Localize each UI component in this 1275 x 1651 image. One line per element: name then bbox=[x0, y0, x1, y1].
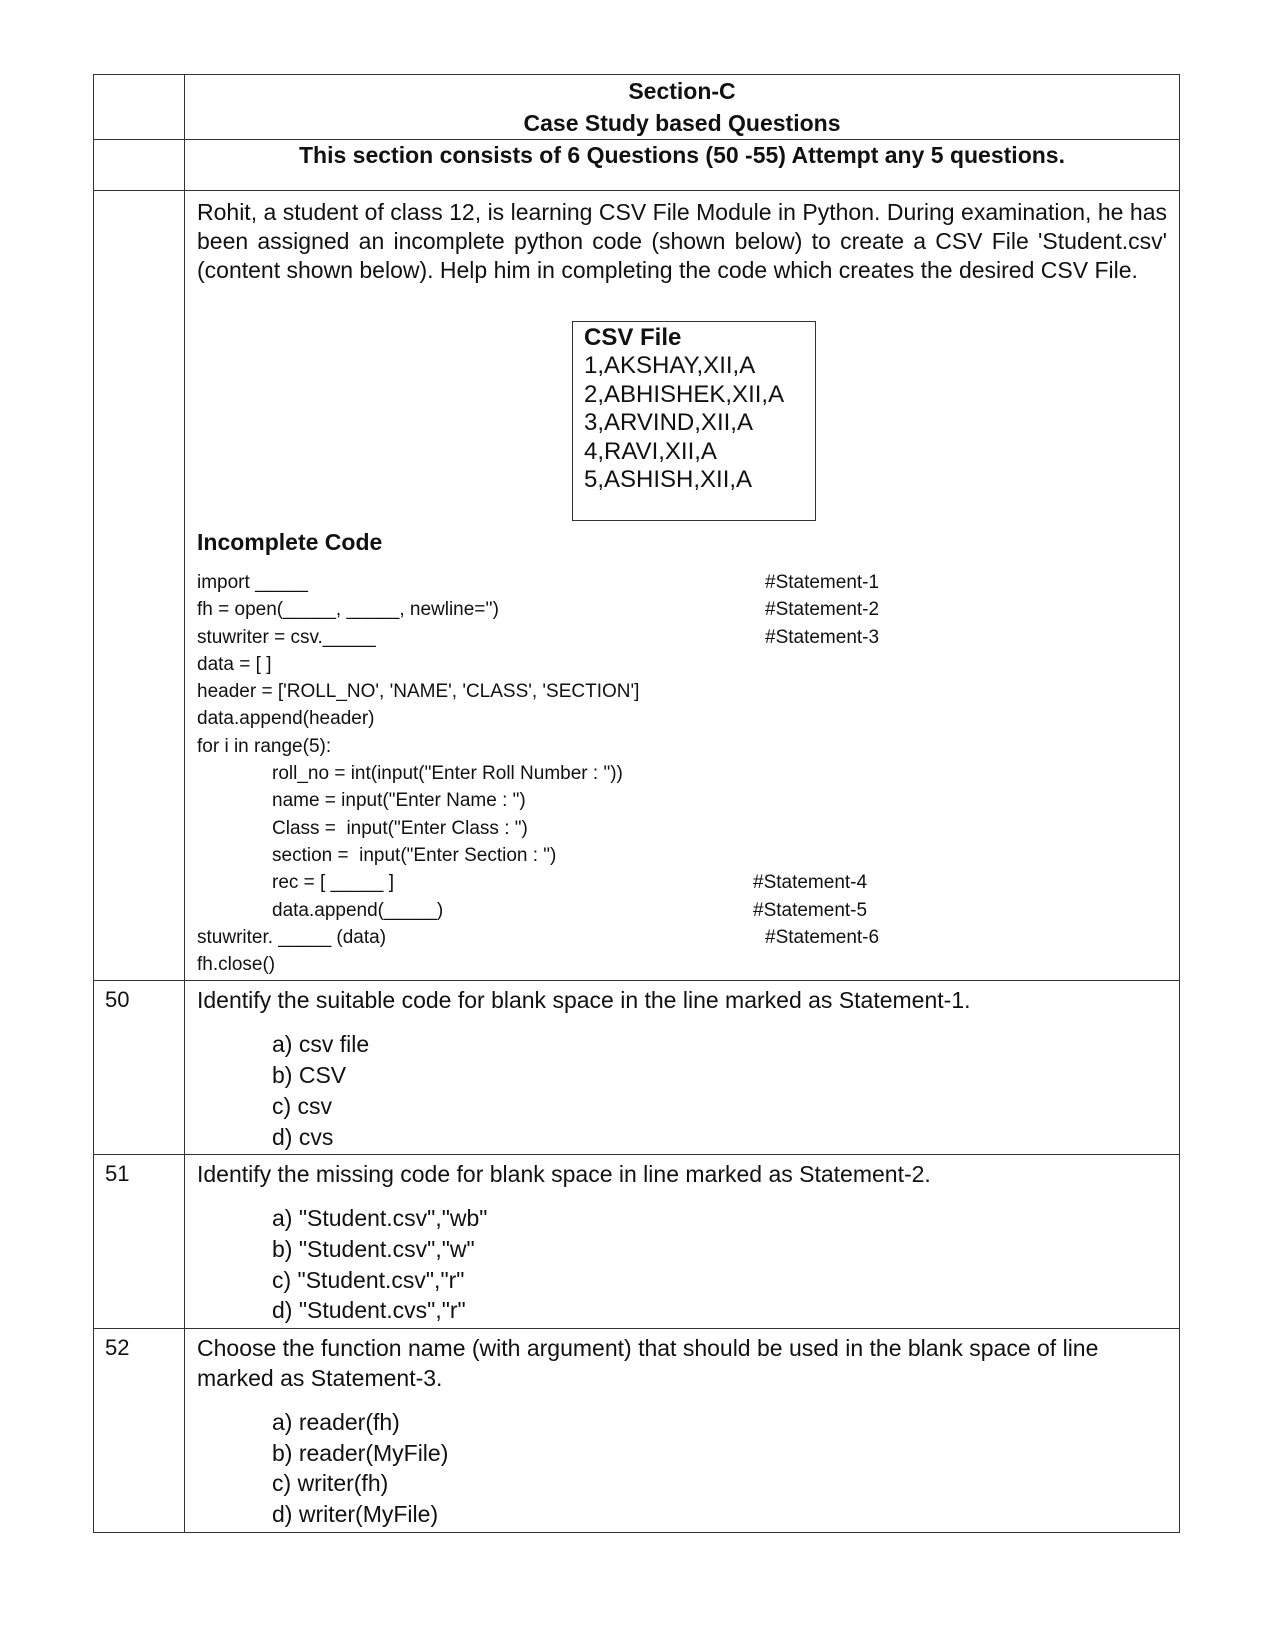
instruction-row: This section consists of 6 Questions (50… bbox=[94, 140, 1180, 191]
option-a: a) reader(fh) bbox=[272, 1407, 1167, 1438]
csv-row: 4,RAVI,XII,A bbox=[584, 438, 815, 467]
section-header-row: Section-C Case Study based Questions bbox=[94, 75, 1180, 140]
question-row: 51Identify the missing code for blank sp… bbox=[94, 1155, 1180, 1329]
question-body: Identify the missing code for blank spac… bbox=[185, 1155, 1180, 1329]
option-c: c) writer(fh) bbox=[272, 1468, 1167, 1499]
code-text: name = input("Enter Name : ") bbox=[272, 790, 526, 811]
code-heading: Incomplete Code bbox=[197, 527, 1167, 557]
question-number: 51 bbox=[94, 1155, 185, 1329]
option-b: b) reader(MyFile) bbox=[272, 1438, 1167, 1469]
question-number: 50 bbox=[94, 981, 185, 1155]
option-b: b) CSV bbox=[272, 1060, 1167, 1091]
section-subtitle: Case Study based Questions bbox=[197, 107, 1167, 139]
option-c: c) "Student.csv","r" bbox=[272, 1265, 1167, 1296]
option-d: d) writer(MyFile) bbox=[272, 1499, 1167, 1530]
statement-comment: #Statement-5 bbox=[753, 897, 867, 924]
case-study-paragraph: Rohit, a student of class 12, is learnin… bbox=[197, 191, 1167, 285]
question-row: 50Identify the suitable code for blank s… bbox=[94, 981, 1180, 1155]
empty-number-cell bbox=[94, 191, 185, 981]
code-line: for i in range(5): bbox=[197, 733, 1167, 760]
section-instruction: This section consists of 6 Questions (50… bbox=[197, 140, 1167, 190]
code-line: import _____#Statement-1 bbox=[197, 569, 1167, 596]
section-header-cell: Section-C Case Study based Questions bbox=[185, 75, 1180, 140]
question-text: Identify the suitable code for blank spa… bbox=[197, 981, 1167, 1015]
code-text: for i in range(5): bbox=[197, 736, 331, 757]
option-c: c) csv bbox=[272, 1091, 1167, 1122]
code-line: stuwriter = csv._____#Statement-3 bbox=[197, 624, 1167, 651]
option-d: d) "Student.cvs","r" bbox=[272, 1295, 1167, 1326]
question-table: Section-C Case Study based Questions Thi… bbox=[93, 74, 1180, 1533]
option-a: a) "Student.csv","wb" bbox=[272, 1203, 1167, 1234]
code-line: fh = open(_____, _____, newline='')#Stat… bbox=[197, 596, 1167, 623]
code-line: name = input("Enter Name : ") bbox=[197, 787, 1167, 814]
csv-row: 3,ARVIND,XII,A bbox=[584, 409, 815, 438]
statement-comment: #Statement-4 bbox=[753, 869, 867, 896]
options-list: a) reader(fh)b) reader(MyFile)c) writer(… bbox=[197, 1393, 1167, 1532]
code-text: header = ['ROLL_NO', 'NAME', 'CLASS', 'S… bbox=[197, 681, 639, 702]
empty-number-cell bbox=[94, 75, 185, 140]
code-line: Class = input("Enter Class : ") bbox=[197, 815, 1167, 842]
csv-row: 1,AKSHAY,XII,A bbox=[584, 352, 815, 381]
options-list: a) "Student.csv","wb"b) "Student.csv","w… bbox=[197, 1189, 1167, 1328]
code-text: rec = [ _____ ] bbox=[272, 872, 394, 893]
question-body: Choose the function name (with argument)… bbox=[185, 1329, 1180, 1533]
question-body: Identify the suitable code for blank spa… bbox=[185, 981, 1180, 1155]
code-line: data = [ ] bbox=[197, 651, 1167, 678]
exam-page: Section-C Case Study based Questions Thi… bbox=[0, 0, 1275, 1651]
csv-box-title: CSV File bbox=[584, 322, 815, 352]
option-d: d) cvs bbox=[272, 1122, 1167, 1153]
code-text: data.append(header) bbox=[197, 708, 374, 729]
case-study-cell: Rohit, a student of class 12, is learnin… bbox=[185, 191, 1180, 981]
code-text: import _____ bbox=[197, 572, 308, 593]
statement-comment: #Statement-2 bbox=[765, 596, 879, 623]
code-text: data = [ ] bbox=[197, 654, 271, 675]
code-text: stuwriter. _____ (data) bbox=[197, 927, 386, 948]
code-text: section = input("Enter Section : ") bbox=[272, 845, 556, 866]
code-text: fh.close() bbox=[197, 954, 275, 975]
empty-number-cell bbox=[94, 140, 185, 191]
code-block: import _____#Statement-1fh = open(_____,… bbox=[197, 569, 1167, 980]
code-text: Class = input("Enter Class : ") bbox=[272, 818, 528, 839]
csv-rows: 1,AKSHAY,XII,A2,ABHISHEK,XII,A3,ARVIND,X… bbox=[584, 352, 815, 495]
statement-comment: #Statement-1 bbox=[765, 569, 879, 596]
code-line: stuwriter. _____ (data)#Statement-6 bbox=[197, 924, 1167, 951]
options-list: a) csv fileb) CSVc) csvd) cvs bbox=[197, 1015, 1167, 1154]
code-text: data.append(_____) bbox=[272, 900, 443, 921]
question-number: 52 bbox=[94, 1329, 185, 1533]
code-text: stuwriter = csv._____ bbox=[197, 627, 376, 648]
option-b: b) "Student.csv","w" bbox=[272, 1234, 1167, 1265]
code-text: fh = open(_____, _____, newline='') bbox=[197, 599, 499, 620]
code-line: section = input("Enter Section : ") bbox=[197, 842, 1167, 869]
section-title: Section-C bbox=[197, 75, 1167, 107]
instruction-cell: This section consists of 6 Questions (50… bbox=[185, 140, 1180, 191]
csv-row: 5,ASHISH,XII,A bbox=[584, 466, 815, 495]
option-a: a) csv file bbox=[272, 1029, 1167, 1060]
code-line: data.append(header) bbox=[197, 705, 1167, 732]
questions-list: 50Identify the suitable code for blank s… bbox=[94, 981, 1180, 1532]
code-text: roll_no = int(input("Enter Roll Number :… bbox=[272, 763, 623, 784]
code-line: rec = [ _____ ]#Statement-4 bbox=[197, 869, 1167, 896]
question-text: Identify the missing code for blank spac… bbox=[197, 1155, 1167, 1189]
code-line: header = ['ROLL_NO', 'NAME', 'CLASS', 'S… bbox=[197, 678, 1167, 705]
question-text: Choose the function name (with argument)… bbox=[197, 1329, 1167, 1393]
case-study-row: Rohit, a student of class 12, is learnin… bbox=[94, 191, 1180, 981]
code-line: data.append(_____)#Statement-5 bbox=[197, 897, 1167, 924]
csv-file-box: CSV File 1,AKSHAY,XII,A2,ABHISHEK,XII,A3… bbox=[572, 321, 816, 521]
statement-comment: #Statement-3 bbox=[765, 624, 879, 651]
code-line: fh.close() bbox=[197, 951, 1167, 978]
question-row: 52Choose the function name (with argumen… bbox=[94, 1329, 1180, 1533]
csv-row: 2,ABHISHEK,XII,A bbox=[584, 381, 815, 410]
code-line: roll_no = int(input("Enter Roll Number :… bbox=[197, 760, 1167, 787]
statement-comment: #Statement-6 bbox=[765, 924, 879, 951]
